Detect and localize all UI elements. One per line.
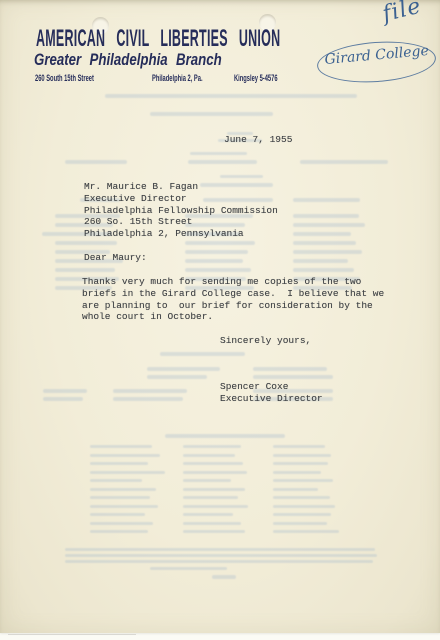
bleedthrough-line	[293, 241, 356, 245]
bleedthrough-line	[183, 530, 245, 533]
bleedthrough-line	[293, 250, 362, 254]
body-paragraph: Thanks very much for sending me copies o…	[82, 276, 402, 323]
bleedthrough-line	[293, 232, 351, 236]
bleedthrough-line	[183, 445, 241, 448]
bleedthrough-line	[273, 462, 328, 465]
letterhead-street: 260 South 15th Street	[35, 74, 94, 83]
bleedthrough-line	[55, 241, 117, 245]
letterhead-phone: Kingsley 5-4576	[234, 74, 278, 83]
bleedthrough-line	[300, 160, 388, 164]
letterhead-city: Philadelphia 2, Pa.	[152, 74, 203, 83]
bleedthrough-line	[273, 479, 333, 482]
letter-paper: AMERICAN CIVIL LIBERTIES UNION Greater P…	[0, 0, 440, 633]
bleedthrough-line	[212, 575, 236, 579]
bleedthrough-line	[188, 160, 257, 164]
bleedthrough-line	[183, 513, 233, 516]
recipient-address-block: Mr. Maurice B. Fagan Executive Director …	[84, 181, 278, 240]
bleedthrough-line	[150, 567, 227, 570]
bleedthrough-line	[147, 375, 207, 379]
bleedthrough-line	[293, 223, 365, 227]
bleedthrough-line	[293, 198, 360, 202]
bleedthrough-line	[183, 488, 245, 491]
bleedthrough-line	[65, 548, 375, 551]
bleedthrough-line	[273, 454, 331, 457]
bleedthrough-line	[185, 268, 251, 272]
bleedthrough-line	[273, 505, 335, 508]
bleedthrough-line	[273, 445, 325, 448]
bleedthrough-line	[183, 479, 231, 482]
bleedthrough-line	[113, 397, 183, 401]
signature-block: Spencer Coxe Executive Director	[220, 381, 323, 405]
letter-date: June 7, 1955	[224, 134, 292, 146]
bleedthrough-line	[183, 471, 247, 474]
bleedthrough-line	[273, 522, 327, 525]
bleedthrough-line	[65, 160, 127, 164]
bleedthrough-line	[90, 496, 150, 499]
bleedthrough-line	[90, 454, 160, 457]
bleedthrough-line	[165, 434, 285, 438]
bleedthrough-line	[293, 214, 359, 218]
bleedthrough-line	[183, 496, 238, 499]
scan-edge-artifact	[8, 634, 136, 635]
bleedthrough-line	[253, 367, 327, 371]
branch-name: Greater Philadelphia Branch	[34, 51, 222, 70]
organization-name: AMERICAN CIVIL LIBERTIES UNION	[36, 27, 280, 51]
bleedthrough-line	[90, 530, 148, 533]
bleedthrough-line	[273, 513, 331, 516]
bleedthrough-line	[90, 471, 165, 474]
bleedthrough-line	[293, 268, 354, 272]
bleedthrough-line	[190, 152, 247, 155]
bleedthrough-line	[293, 259, 348, 263]
bleedthrough-line	[90, 445, 152, 448]
closing: Sincerely yours,	[220, 335, 311, 347]
bleedthrough-line	[220, 175, 263, 178]
bleedthrough-line	[90, 505, 158, 508]
bleedthrough-line	[183, 454, 235, 457]
bleedthrough-line	[273, 530, 339, 533]
bleedthrough-line	[183, 522, 241, 525]
bleedthrough-line	[185, 259, 243, 263]
bleedthrough-line	[43, 389, 87, 393]
bleedthrough-line	[90, 513, 145, 516]
signature-name: Spencer Coxe	[220, 381, 288, 392]
bleedthrough-line	[90, 522, 153, 525]
bleedthrough-line	[273, 471, 321, 474]
salutation: Dear Maury:	[84, 252, 147, 264]
bleedthrough-line	[185, 250, 248, 254]
bleedthrough-line	[90, 479, 142, 482]
signature-title: Executive Director	[220, 393, 323, 404]
bleedthrough-line	[65, 554, 377, 557]
bleedthrough-line	[160, 352, 245, 356]
bleedthrough-line	[55, 268, 115, 272]
bleedthrough-line	[65, 560, 373, 563]
bleedthrough-line	[273, 496, 330, 499]
bleedthrough-line	[273, 488, 318, 491]
bleedthrough-line	[105, 94, 357, 98]
bleedthrough-line	[253, 375, 333, 379]
bleedthrough-line	[185, 241, 255, 245]
bleedthrough-line	[90, 488, 156, 491]
bleedthrough-line	[147, 367, 220, 371]
bleedthrough-line	[113, 389, 187, 393]
bleedthrough-line	[90, 462, 148, 465]
bleedthrough-line	[150, 112, 273, 116]
bleedthrough-line	[183, 505, 248, 508]
bleedthrough-line	[183, 462, 243, 465]
bleedthrough-line	[43, 397, 83, 401]
